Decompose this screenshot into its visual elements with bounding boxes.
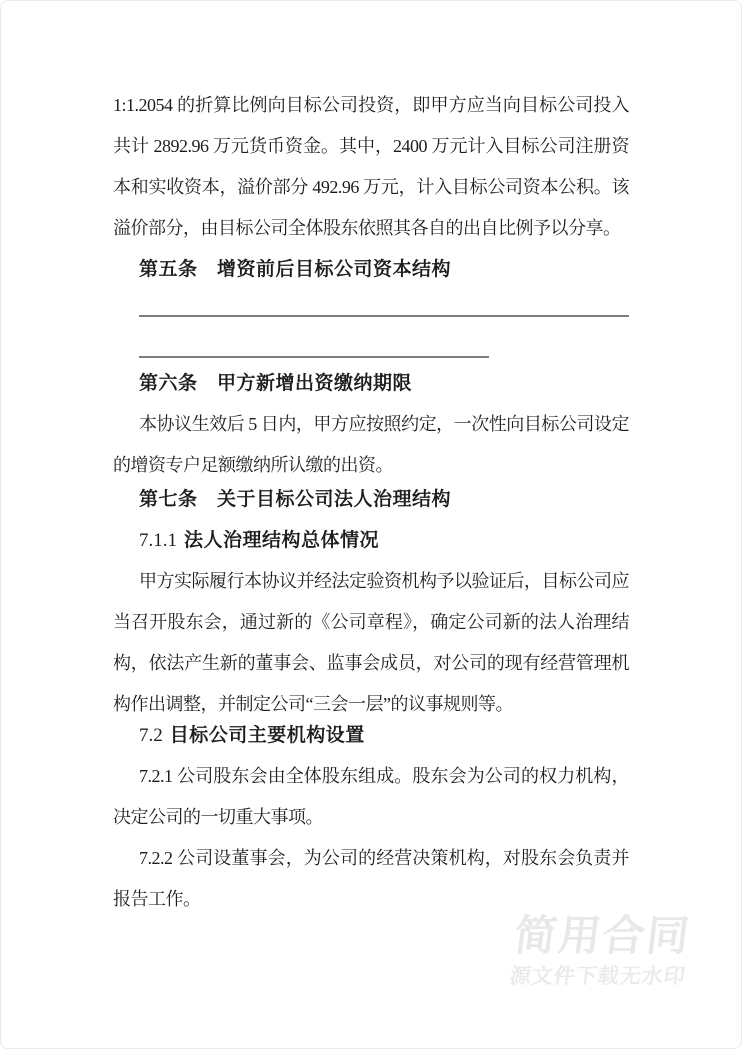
contract-document-page: 1:1.2054 的折算比例向目标公司投资，即甲方应当向目标公司投入共计 289… [0, 0, 742, 1049]
section-7-2-title: 目标公司主要机构设置 [170, 725, 365, 746]
heading-article-5: 第五条 增资前后目标公司资本结构 [113, 249, 629, 290]
paragraph-section-7-1-1-body: 甲方实际履行本协议并经法定验资机构予以验证后，目标公司应当召开股东会，通过新的《… [113, 561, 629, 725]
watermark: 简用合同 源文件下载无水印 [508, 911, 694, 990]
blank-line-row-1 [113, 290, 629, 331]
blank-line-row-2 [113, 331, 629, 372]
paragraph-investment-terms: 1:1.2054 的折算比例向目标公司投资，即甲方应当向目标公司投入共计 289… [113, 85, 629, 249]
fill-in-line-1 [139, 315, 629, 317]
section-7-1-1-number: 7.1.1 [139, 530, 177, 551]
paragraph-clause-7-2-2: 7.2.2 公司设董事会，为公司的经营决策机构，对股东会负责并报告工作。 [113, 838, 629, 920]
heading-section-7-1-1: 7.1.1法人治理结构总体情况 [113, 520, 629, 561]
section-7-2-number: 7.2 [139, 725, 163, 746]
watermark-brand-text: 简用合同 [512, 911, 694, 961]
watermark-tagline-text: 源文件下载无水印 [508, 964, 687, 990]
section-7-1-1-title: 法人治理结构总体情况 [184, 530, 379, 551]
paragraph-article-6-body: 本协议生效后 5 日内，甲方应按照约定，一次性向目标公司设定的增资专户足额缴纳所… [113, 404, 629, 486]
heading-article-7: 第七条 关于目标公司法人治理结构 [113, 479, 629, 520]
document-body: 1:1.2054 的折算比例向目标公司投资，即甲方应当向目标公司投入共计 289… [113, 85, 629, 920]
paragraph-clause-7-2-1: 7.2.1 公司股东会由全体股东组成。股东会为公司的权力机构，决定公司的一切重大… [113, 756, 629, 838]
fill-in-line-2 [139, 356, 489, 358]
